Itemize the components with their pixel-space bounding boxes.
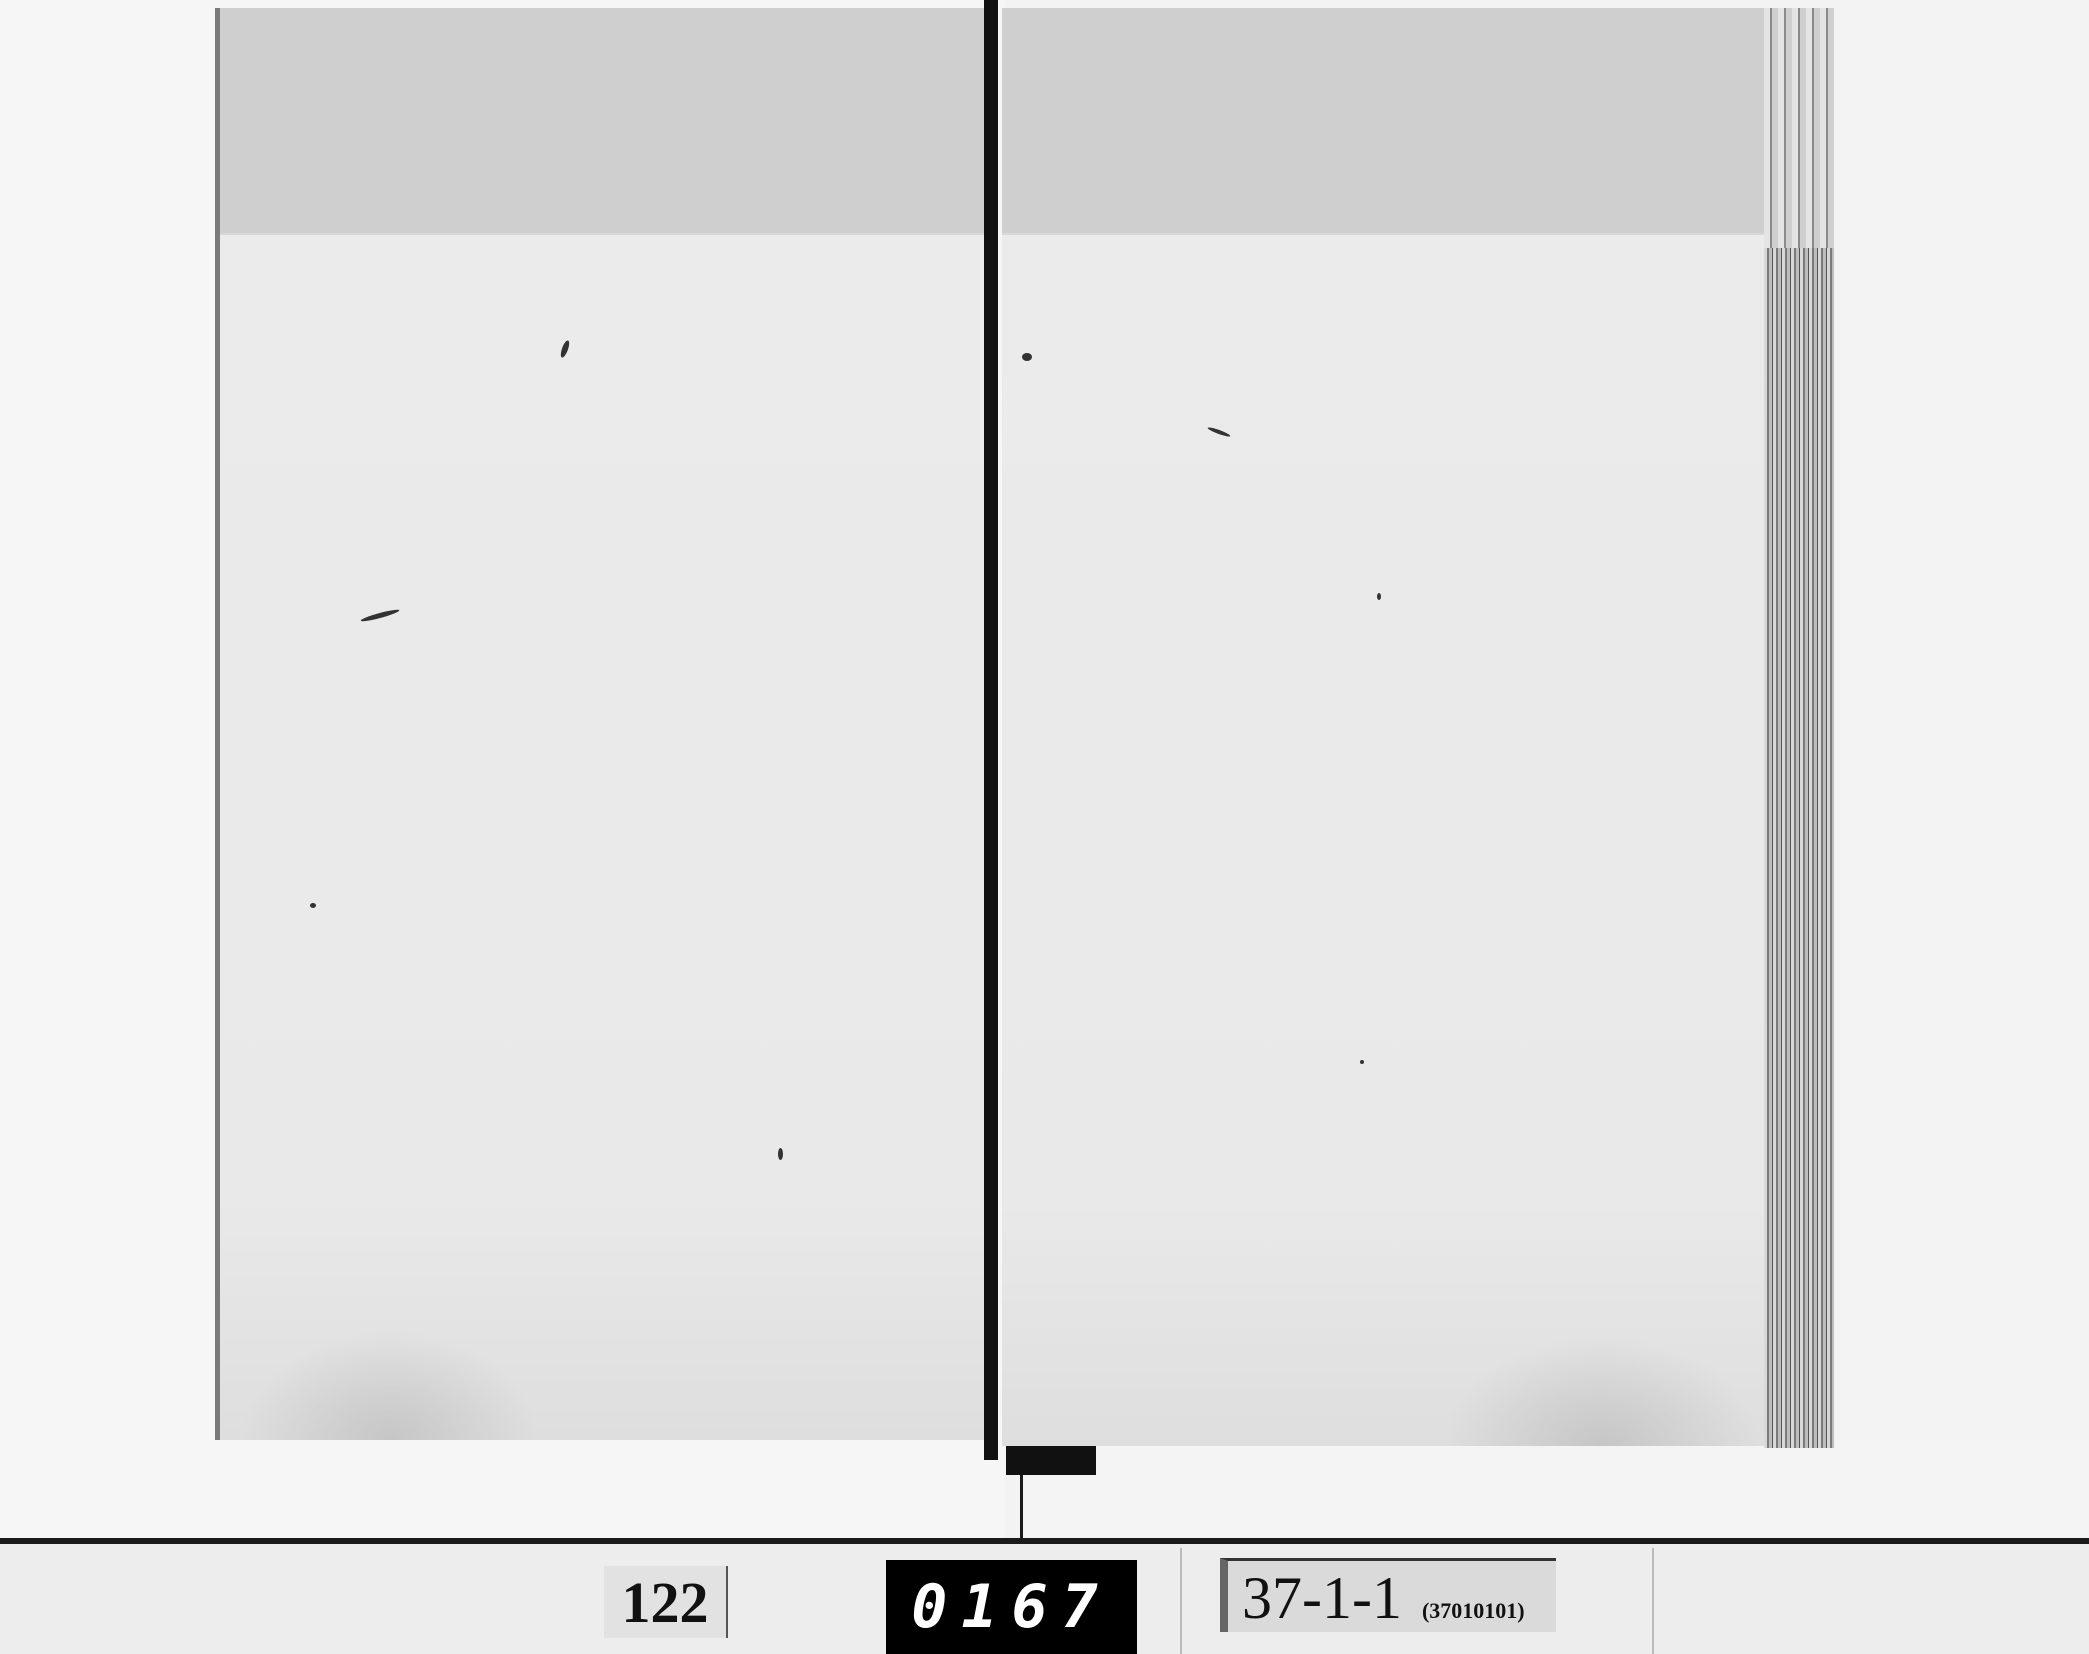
volume-number-label: 122: [604, 1566, 728, 1638]
reference-code: 37-1-1: [1242, 1561, 1402, 1635]
paper-fleck: [1360, 1060, 1364, 1064]
paper-fleck: [310, 903, 316, 908]
book-spine: [984, 0, 998, 1460]
page-stain: [1442, 1336, 1762, 1446]
page-edges-top: [1764, 8, 1834, 248]
right-page: [1002, 8, 1764, 1446]
paper-fleck: [1377, 593, 1381, 600]
left-page-body: [220, 235, 995, 1440]
strip-divider: [1180, 1548, 1182, 1654]
strip-divider: [1652, 1548, 1654, 1654]
paper-fleck: [778, 1148, 783, 1160]
microfilm-frame: 122 0167 37-1-1 (37010101): [0, 0, 2089, 1654]
background-panel: [1020, 1440, 2089, 1540]
right-page-body: [1002, 235, 1764, 1446]
reference-id: (37010101): [1422, 1598, 1525, 1624]
left-page: [215, 8, 995, 1440]
paper-fleck: [1022, 353, 1032, 361]
left-page-folded-top: [220, 8, 995, 235]
right-page-folded-top: [1002, 8, 1764, 235]
page-stain: [240, 1330, 540, 1440]
reference-label: 37-1-1 (37010101): [1220, 1558, 1556, 1632]
frame-number-label: 0167: [886, 1560, 1137, 1654]
